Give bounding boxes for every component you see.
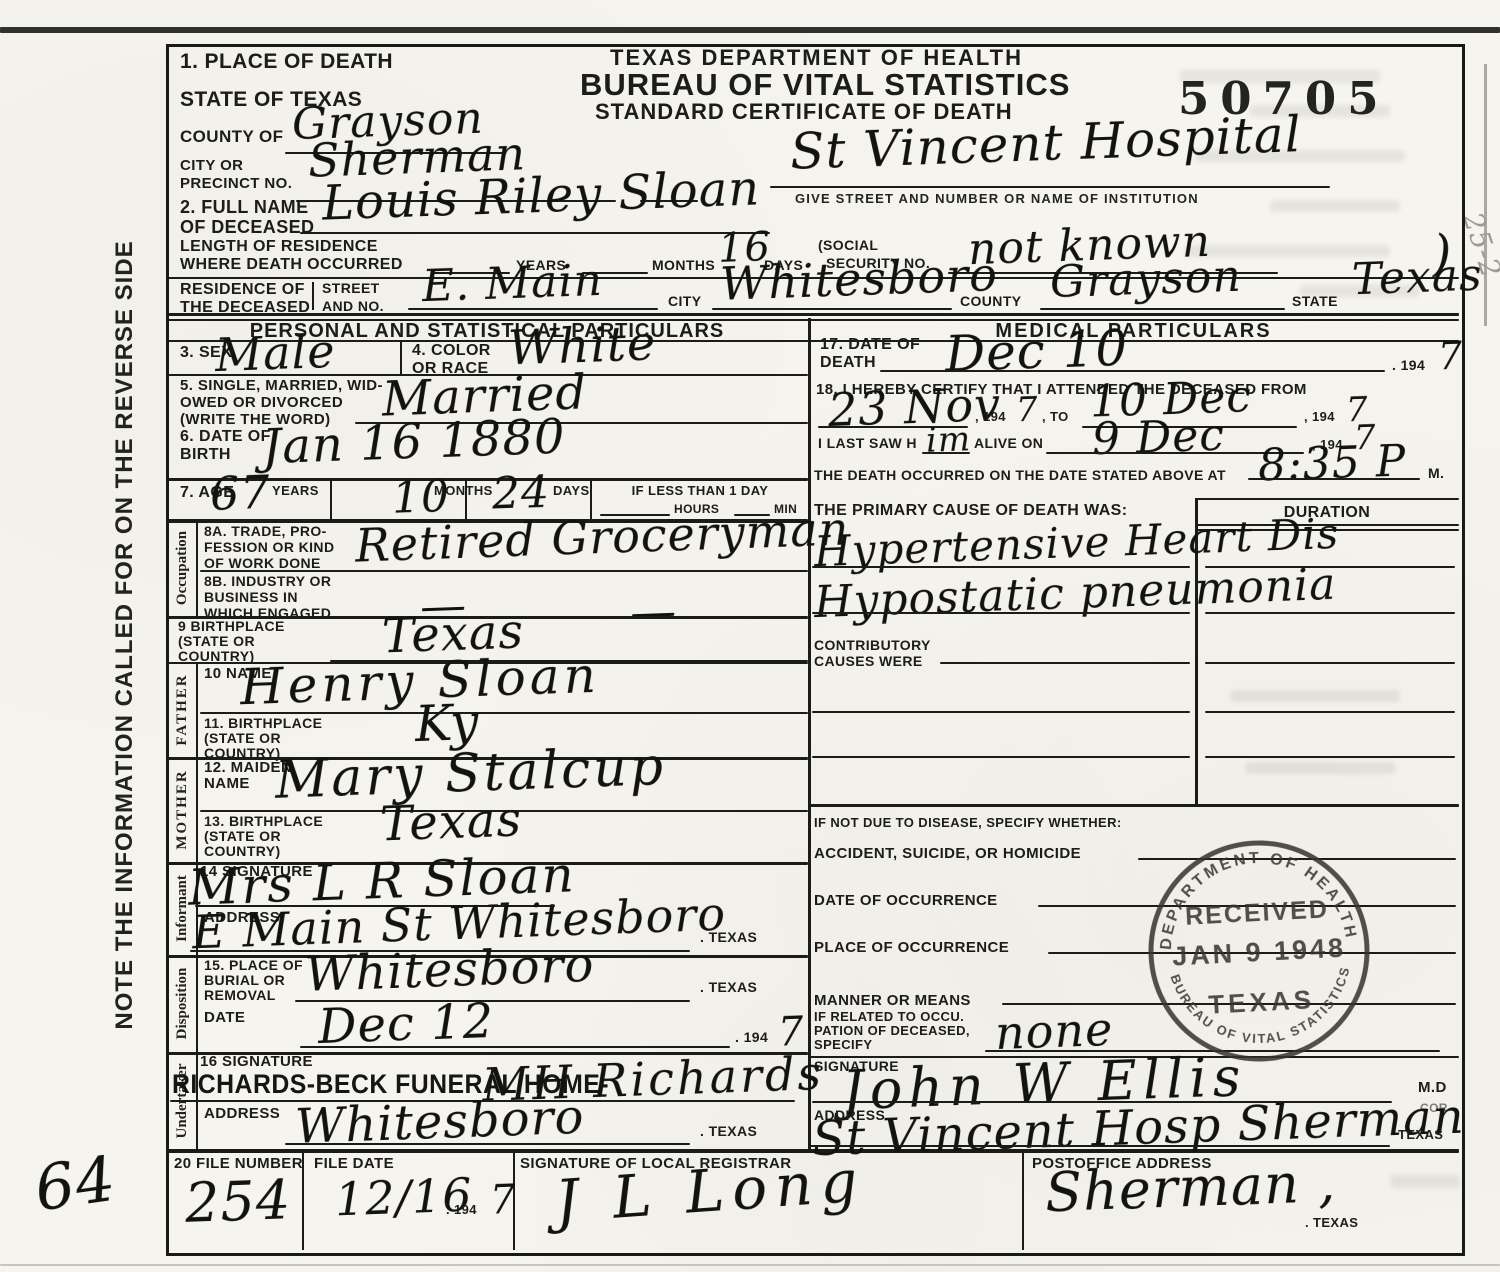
full-name-label-2: OF DECEASED: [180, 218, 314, 238]
trade-label-2: FESSION OR KIND: [204, 540, 334, 555]
rule: [166, 340, 1459, 342]
rule: [1022, 1150, 1024, 1250]
rule: [285, 1143, 690, 1145]
lastsaw-him: im: [925, 421, 971, 460]
res-city-value: Whitesboro: [719, 249, 998, 309]
age-days-label: DAYS: [553, 484, 590, 498]
contrib-label-2: CAUSES WERE: [814, 654, 923, 669]
dod-label-1: 17. DATE OF: [820, 336, 920, 354]
rule: [1205, 662, 1455, 664]
rule: [300, 232, 770, 234]
contrib-label-1: CONTRIBUTORY: [814, 638, 931, 653]
physician-addr-state: TEXAS: [1398, 1128, 1443, 1142]
column-divider: [808, 318, 811, 1150]
res-city-label: CITY: [668, 294, 702, 309]
from-year-printed: , 194: [975, 410, 1006, 424]
rule: [196, 520, 198, 616]
rule: [1205, 711, 1455, 713]
rule: [922, 452, 970, 454]
scan-top-edge: [0, 27, 1500, 33]
dob-label-2: BIRTH: [180, 446, 231, 464]
undertaker-addr-state: . TEXAS: [700, 1124, 757, 1139]
res-state-value: Texas: [1351, 252, 1483, 305]
to-year-printed: , 194: [1304, 410, 1335, 424]
street-label-1: STREET: [322, 281, 380, 296]
disposition-strip-label: Disposition: [174, 957, 191, 1050]
burial-date-label: DATE: [204, 1010, 245, 1027]
rule: [712, 308, 952, 310]
occupation-strip-label: Occupation: [174, 522, 191, 614]
residence-label-1: RESIDENCE OF: [180, 281, 305, 299]
institution-caption: GIVE STREET AND NUMBER OR NAME OF INSTIT…: [795, 192, 1199, 206]
city-precinct-label-2: PRECINCT NO.: [180, 176, 292, 193]
mother-strip-label: MOTHER: [174, 759, 191, 860]
rule: [1040, 308, 1285, 310]
rule: [400, 342, 402, 374]
burial-place-value: Whitesboro: [304, 939, 595, 1002]
age-years-value: 67: [209, 467, 271, 520]
place-of-death-label: 1. PLACE OF DEATH: [180, 50, 393, 73]
age-months-label: MONTHS: [434, 484, 493, 498]
rule: [312, 282, 314, 310]
rule: [940, 662, 1190, 664]
page-number-note: 64: [31, 1145, 121, 1224]
father-strip-label: FATHER: [174, 664, 191, 755]
stamp-state-text: TEXAS: [1208, 984, 1316, 1020]
place-occurrence-label: PLACE OF OCCURRENCE: [814, 940, 1009, 957]
dob-value: Jan 16 1880: [261, 411, 566, 474]
rule: [812, 711, 1190, 713]
rule: [880, 370, 1385, 372]
mother-bp-value: Texas: [379, 794, 523, 852]
res-state-label: STATE: [1292, 294, 1338, 309]
rule: [1248, 478, 1420, 480]
burial-year-printed: . 194: [735, 1030, 768, 1045]
death-occurred-label: THE DEATH OCCURRED ON THE DATE STATED AB…: [814, 468, 1226, 483]
length-residence-label-1: LENGTH OF RESIDENCE: [180, 238, 378, 256]
rule: [300, 1046, 730, 1048]
informant-addr-state: . TEXAS: [700, 930, 757, 945]
dod-value: Dec 10: [944, 321, 1129, 382]
full-name-label-1: 2. FULL NAME: [180, 198, 308, 218]
burial-label-3: REMOVAL: [204, 988, 276, 1003]
dob-label-1: 6. DATE OF: [180, 428, 271, 446]
received-stamp-svg: DEPARTMENT OF HEALTH BUREAU OF VITAL STA…: [1109, 801, 1410, 1102]
manner-means-label: MANNER OR MEANS: [814, 993, 971, 1010]
street-value: E. Main: [421, 257, 603, 312]
rule: [1205, 612, 1455, 614]
dod-year-digit: 7: [1437, 336, 1464, 379]
from-year-digit: 7: [1015, 392, 1039, 430]
industry-label-2: BUSINESS IN: [204, 590, 298, 605]
color-label-1: 4. COLOR: [412, 342, 491, 360]
county-label: COUNTY OF: [180, 128, 283, 147]
undertaker-addr-label: ADDRESS: [204, 1106, 280, 1123]
file-number-value: 254: [184, 1170, 292, 1233]
sex-value: Male: [214, 326, 336, 381]
postoffice-value: Sherman ,: [1044, 1153, 1337, 1223]
stamp-date-text: JAN 9 1948: [1171, 932, 1346, 971]
rule: [812, 756, 1190, 758]
months-label: MONTHS: [652, 258, 715, 273]
res-county-value: Grayson: [1049, 253, 1242, 308]
rule: [812, 612, 1190, 614]
rule: [408, 308, 658, 310]
scan-right-edge: [1484, 64, 1487, 326]
lastsaw-value: 9 Dec: [1091, 412, 1226, 465]
industry-dash-2: —: [629, 585, 678, 637]
death-time-m-label: M.: [1428, 466, 1444, 481]
received-stamp: DEPARTMENT OF HEALTH BUREAU OF VITAL STA…: [1109, 801, 1410, 1102]
dod-label-2: DEATH: [820, 354, 876, 372]
rule: [200, 712, 808, 714]
rule: [1195, 498, 1459, 500]
res-county-label: COUNTY: [960, 294, 1022, 309]
industry-label-1: 8B. INDUSTRY OR: [204, 574, 331, 589]
rule: [200, 570, 808, 572]
stamp-received-text: RECEIVED: [1184, 895, 1329, 930]
trade-label-1: 8A. TRADE, PRO-: [204, 524, 327, 539]
death-time-value: 8:35 P: [1257, 437, 1407, 491]
death-certificate-scan: 64 25-2 NOTE THE INFORMATION CALLED FOR …: [0, 0, 1500, 1272]
burial-state-label: . TEXAS: [700, 980, 757, 995]
age-years-label: YEARS: [272, 484, 319, 498]
rule: [1205, 756, 1455, 758]
marital-label-1: 5. SINGLE, MARRIED, WID-: [180, 378, 383, 395]
city-precinct-label-1: CITY OR: [180, 158, 243, 175]
lastsaw-label-2: ALIVE ON: [974, 436, 1043, 451]
scan-bottom-edge: [0, 1264, 1500, 1266]
marital-label-2: OWED OR DIVORCED: [180, 395, 343, 412]
file-year-digit: 7: [489, 1178, 517, 1223]
to-label: , TO: [1042, 410, 1069, 424]
file-year-printed: . 194: [446, 1203, 477, 1217]
rule: [810, 1145, 1390, 1147]
rule: [166, 313, 1459, 316]
rule: [330, 480, 332, 520]
if-less-label: IF LESS THAN 1 DAY: [595, 484, 805, 498]
accident-label: ACCIDENT, SUICIDE, OR HOMICIDE: [814, 846, 1081, 863]
length-residence-label-2: WHERE DEATH OCCURRED: [180, 256, 403, 274]
if-not-disease-label: IF NOT DUE TO DISEASE, SPECIFY WHETHER:: [814, 816, 1122, 830]
rule: [770, 186, 1330, 188]
reverse-side-note: NOTE THE INFORMATION CALLED FOR ON THE R…: [112, 235, 138, 1035]
dept-title-line2: BUREAU OF VITAL STATISTICS: [580, 68, 1020, 102]
postoffice-state: . TEXAS: [1305, 1216, 1358, 1230]
dod-year-printed: . 194: [1392, 358, 1425, 373]
date-occurrence-label: DATE OF OCCURRENCE: [814, 893, 998, 910]
occupation-related-label-3: SPECIFY: [814, 1038, 872, 1052]
maiden-label-2: NAME: [204, 776, 250, 793]
lastsaw-label-1: I LAST SAW H: [818, 436, 917, 451]
